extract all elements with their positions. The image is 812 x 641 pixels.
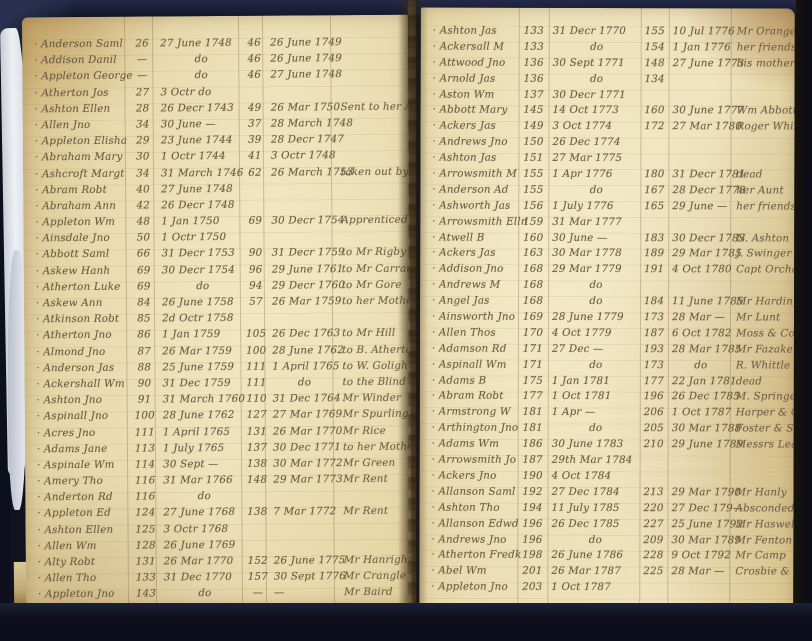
entry-admission-number: 88 bbox=[130, 362, 158, 372]
entry-name: Ainsdale Jno bbox=[35, 233, 129, 244]
entry-discharge-number: 111 bbox=[244, 361, 268, 371]
ledger-rows: Ashton Jas13331 Decr 177015510 Jul 1776M… bbox=[419, 26, 795, 621]
entry-discharge-number: 152 bbox=[246, 556, 270, 566]
entry-admission-date: 1 Octr 1750 bbox=[157, 232, 243, 243]
entry-admission-date: 4 Oct 1784 bbox=[548, 471, 640, 482]
entry-disposal-note: her Aunt bbox=[730, 185, 794, 195]
entry-disposal-note: M. Springer bbox=[730, 392, 795, 402]
entry-admission-date: 30 Sept — bbox=[159, 459, 245, 470]
entry-name: Abbott Mary bbox=[433, 105, 519, 116]
entry-admission-date: 1 July 1765 bbox=[159, 442, 245, 453]
entry-discharge-date: 26 June 1775 bbox=[270, 555, 338, 566]
entry-name: Ackers Jno bbox=[432, 470, 518, 481]
entry-name: Abram Robt bbox=[35, 184, 129, 195]
entry-admission-date: 1 Oct 1787 bbox=[547, 582, 639, 593]
entry-discharge-number: 210 bbox=[640, 439, 668, 449]
ledger-entry-row: Arnold Jas136do134 bbox=[421, 73, 795, 90]
entry-disposal-note: dead bbox=[730, 169, 794, 179]
entry-disposal-note: Mr Harding bbox=[730, 296, 795, 306]
entry-discharge-number: 228 bbox=[639, 550, 667, 560]
entry-admission-date: 14 Oct 1773 bbox=[549, 105, 641, 116]
entry-admission-date: 30 June 1783 bbox=[548, 439, 640, 450]
entry-name: Anderson Saml bbox=[34, 39, 128, 50]
entry-admission-date: 28 June 1762 bbox=[159, 410, 245, 421]
entry-discharge-date: 28 Mar — bbox=[668, 312, 730, 322]
entry-discharge-date: 26 Dec 1785 bbox=[668, 392, 730, 402]
entry-discharge-date: 28 Mar — bbox=[667, 566, 729, 576]
entry-admission-date: 1 Jan 1759 bbox=[158, 329, 244, 340]
entry-admission-number: 137 bbox=[519, 89, 549, 99]
entry-admission-date: 30 Sept 1771 bbox=[549, 58, 641, 69]
entry-admission-number: 203 bbox=[517, 582, 547, 592]
entry-name: Andrews Jno bbox=[431, 534, 517, 545]
entry-admission-date: 27 Dec — bbox=[548, 344, 640, 355]
entry-discharge-number: — bbox=[246, 588, 270, 598]
entry-discharge-number: 39 bbox=[243, 135, 267, 145]
book-gutter-edge bbox=[408, 0, 416, 641]
entry-discharge-date: 27 Dec 179— bbox=[667, 503, 729, 513]
entry-admission-date: 2d Octr 1758 bbox=[158, 313, 244, 324]
entry-discharge-date: 28 Mar 1785 bbox=[668, 344, 730, 354]
entry-name: Arrowsmith Elln bbox=[432, 216, 518, 227]
entry-discharge-number: 131 bbox=[245, 426, 269, 436]
entry-admission-number: 187 bbox=[518, 455, 548, 465]
entry-disposal-note: Crosbie & Co bbox=[729, 567, 794, 578]
entry-admission-number: 69 bbox=[130, 281, 158, 291]
entry-admission-number: 87 bbox=[130, 346, 158, 356]
entry-discharge-date: 28 Decr 1747 bbox=[267, 134, 335, 145]
entry-admission-date: 26 Decr 1748 bbox=[157, 200, 243, 211]
entry-discharge-number: 127 bbox=[245, 410, 269, 420]
entry-discharge-number: 167 bbox=[640, 185, 668, 195]
entry-disposal-note: Mr Orange bbox=[731, 26, 795, 36]
entry-discharge-number: 137 bbox=[245, 442, 269, 452]
entry-disposal-note: N. Ashton bbox=[730, 233, 794, 243]
entry-admission-date: 25 June 1759 bbox=[158, 362, 244, 373]
entry-discharge-date: 27 Mar 1769 bbox=[269, 409, 337, 420]
ledger-entry-row: Ashton Tho19411 July 178522027 Dec 179—A… bbox=[419, 502, 793, 519]
entry-admission-number: 181 bbox=[518, 407, 548, 417]
entry-admission-number: 40 bbox=[129, 184, 157, 194]
entry-admission-number: 66 bbox=[130, 249, 158, 259]
entry-name: Appleton Jno bbox=[38, 589, 132, 600]
entry-admission-date: 3 Oct 1774 bbox=[548, 121, 640, 132]
ledger-entry-row: Appleton Jno2031 Oct 1787 bbox=[419, 582, 793, 599]
entry-discharge-number: 157 bbox=[246, 572, 270, 582]
entry-discharge-number: 206 bbox=[640, 407, 668, 417]
entry-admission-date: 29th Mar 1784 bbox=[548, 455, 640, 466]
entry-discharge-date: 31 Dec 1764 bbox=[269, 393, 337, 404]
entry-disposal-note: Foster & Son bbox=[730, 424, 795, 434]
entry-disposal-note: Moss & Co bbox=[730, 328, 795, 338]
entry-disposal-note: R. Whittle bbox=[730, 360, 794, 370]
entry-discharge-date: 28 Decr 1778 bbox=[668, 185, 730, 195]
entry-disposal-note: Messrs Leak bbox=[730, 439, 795, 449]
entry-name: Ashton Ellen bbox=[37, 524, 131, 535]
entry-name: Atherton Jno bbox=[36, 330, 130, 341]
entry-admission-number: 149 bbox=[518, 121, 548, 131]
entry-discharge-number: 155 bbox=[641, 26, 669, 36]
entry-admission-date: 31 March 1746 bbox=[157, 167, 243, 178]
entry-admission-date: 4 Oct 1779 bbox=[548, 328, 640, 339]
entry-admission-number: 198 bbox=[517, 550, 547, 560]
entry-name: Atherton Luke bbox=[36, 281, 130, 292]
entry-admission-date: 1 Jan 1750 bbox=[157, 216, 243, 227]
entry-name: Acres Jno bbox=[37, 427, 131, 438]
entry-admission-date: 26 Mar 1787 bbox=[547, 566, 639, 577]
entry-discharge-date: 28 June 1762 bbox=[268, 345, 336, 356]
entry-name: Adams B bbox=[432, 375, 518, 386]
entry-discharge-number: 148 bbox=[245, 475, 269, 485]
entry-admission-date: 26 Mar 1770 bbox=[160, 556, 246, 567]
entry-name: Allen Thos bbox=[432, 327, 518, 338]
entry-disposal-note: Capt Orchan bbox=[730, 265, 795, 275]
entry-discharge-date: 30 Dec 1771 bbox=[269, 442, 337, 453]
entry-admission-number: 186 bbox=[518, 439, 548, 449]
entry-disposal-note: Harper & Co bbox=[730, 408, 795, 418]
entry-admission-number: 151 bbox=[518, 153, 548, 163]
entry-name: Andrews Jno bbox=[432, 137, 518, 148]
entry-discharge-number: 46 bbox=[242, 38, 266, 48]
entry-admission-number: 111 bbox=[131, 427, 159, 437]
entry-discharge-date: do bbox=[668, 360, 730, 370]
entry-admission-number: 177 bbox=[518, 391, 548, 401]
entry-admission-number: 29 bbox=[129, 136, 157, 146]
entry-admission-number: 136 bbox=[519, 58, 549, 68]
entry-discharge-number: 191 bbox=[640, 264, 668, 274]
entry-admission-date: 31 Decr 1770 bbox=[549, 26, 641, 37]
entry-discharge-date: 30 Decr 1783 bbox=[668, 233, 730, 243]
entry-discharge-number: 148 bbox=[641, 58, 669, 68]
entry-discharge-number: 196 bbox=[640, 392, 668, 402]
entry-discharge-number: 184 bbox=[640, 296, 668, 306]
entry-name: Ackersall M bbox=[433, 41, 519, 52]
entry-name: Attwood Jno bbox=[433, 57, 519, 68]
entry-discharge-date: 1 Oct 1787 bbox=[668, 408, 730, 418]
entry-discharge-date: 26 Mar 1759 bbox=[268, 296, 336, 307]
entry-admission-number: 42 bbox=[129, 200, 157, 210]
entry-admission-number: 30 bbox=[129, 152, 157, 162]
entry-admission-number: 168 bbox=[518, 296, 548, 306]
entry-admission-date: 11 July 1785 bbox=[547, 503, 639, 514]
entry-discharge-date: 30 Mar 1772 bbox=[269, 458, 337, 469]
entry-disposal-note: her friends bbox=[730, 201, 795, 211]
entry-name: Askew Hanh bbox=[36, 265, 130, 276]
entry-admission-number: 143 bbox=[132, 589, 160, 599]
entry-admission-date: 31 Mar 1766 bbox=[159, 475, 245, 486]
entry-admission-date: do bbox=[547, 534, 639, 545]
book-cover-bottom bbox=[0, 603, 812, 641]
entry-name: Armstrong W bbox=[432, 407, 518, 418]
entry-admission-number: 48 bbox=[129, 216, 157, 226]
entry-name: Appleton Ed bbox=[37, 508, 131, 519]
ledger-right-page: Ashton Jas13331 Decr 177015510 Jul 1776M… bbox=[419, 8, 795, 631]
entry-admission-date: 31 Dec 1770 bbox=[160, 572, 246, 583]
entry-admission-number: 85 bbox=[130, 314, 158, 324]
entry-admission-date: 1 July 1776 bbox=[548, 201, 640, 212]
entry-admission-number: 192 bbox=[518, 487, 548, 497]
entry-disposal-note: Mr Fenton bbox=[729, 535, 793, 545]
entry-admission-number: 133 bbox=[132, 573, 160, 583]
entry-admission-number: 159 bbox=[518, 216, 548, 226]
entry-admission-number: — bbox=[128, 55, 156, 65]
entry-discharge-date: 27 June 1748 bbox=[266, 70, 334, 81]
entry-discharge-date: 26 June 1749 bbox=[266, 37, 334, 48]
entry-admission-number: 163 bbox=[518, 248, 548, 258]
entry-admission-date: 29 Mar 1779 bbox=[548, 264, 640, 275]
ledger-entry-row: Ashworth Jas1561 July 177616529 June —he… bbox=[420, 200, 794, 217]
entry-discharge-number: 37 bbox=[243, 119, 267, 129]
entry-discharge-number: 227 bbox=[639, 519, 667, 529]
entry-admission-number: 168 bbox=[518, 280, 548, 290]
entry-admission-date: 27 Dec 1784 bbox=[548, 487, 640, 498]
entry-discharge-date: 4 Oct 1780 bbox=[668, 265, 730, 275]
entry-admission-number: 156 bbox=[518, 201, 548, 211]
entry-name: Allanson Saml bbox=[432, 486, 518, 497]
entry-disposal-note: Wm Abbott bbox=[731, 106, 795, 116]
entry-admission-date: 30 Mar 1778 bbox=[548, 248, 640, 259]
entry-discharge-number: 225 bbox=[639, 566, 667, 576]
entry-name: Ackers Jas bbox=[432, 248, 518, 259]
entry-admission-number: — bbox=[128, 71, 156, 81]
entry-name: Allen Wm bbox=[38, 540, 132, 551]
entry-discharge-date: 26 March 1753 bbox=[267, 167, 335, 178]
entry-admission-date: 31 March 1760 bbox=[159, 394, 245, 405]
entry-admission-date: 3 Octr 1768 bbox=[159, 523, 245, 534]
entry-name: Addison Danil bbox=[34, 55, 128, 66]
entry-admission-date: 30 Decr 1771 bbox=[549, 89, 641, 100]
entry-discharge-number: 49 bbox=[243, 102, 267, 112]
entry-admission-date: 1 Apr — bbox=[548, 407, 640, 418]
entry-discharge-date: 3 Octr 1748 bbox=[267, 150, 335, 161]
entry-admission-number: 86 bbox=[130, 330, 158, 340]
entry-admission-date: 26 Decr 1743 bbox=[157, 103, 243, 114]
entry-discharge-number: 138 bbox=[245, 459, 269, 469]
entry-admission-date: do bbox=[548, 280, 640, 291]
entry-discharge-date: 29 June — bbox=[668, 201, 730, 211]
entry-name: Anderton Rd bbox=[37, 492, 131, 503]
entry-name: Appleton Elisha bbox=[35, 136, 129, 147]
entry-name: Ashworth Jas bbox=[432, 200, 518, 211]
entry-discharge-number: 57 bbox=[244, 297, 268, 307]
entry-admission-date: 26 June 1769 bbox=[160, 540, 246, 551]
ledger-entry-row: Adamson Rd17127 Dec —19328 Mar 1785Mr Fa… bbox=[420, 343, 794, 360]
entry-admission-number: 194 bbox=[517, 502, 547, 512]
entry-discharge-number: 209 bbox=[639, 535, 667, 545]
entry-name: Ashton Jas bbox=[433, 26, 519, 37]
entry-admission-date: 26 Mar 1759 bbox=[158, 345, 244, 356]
entry-admission-number: 196 bbox=[517, 534, 547, 544]
entry-discharge-number: 96 bbox=[244, 264, 268, 274]
entry-discharge-date: 26 Mar 1770 bbox=[269, 426, 337, 437]
entry-discharge-number: 62 bbox=[243, 167, 267, 177]
entry-admission-date: do bbox=[548, 423, 640, 434]
entry-discharge-date: 1 April 1765 bbox=[268, 361, 336, 372]
entry-name: Anderson Jas bbox=[36, 362, 130, 373]
entry-name: Angel Jas bbox=[432, 296, 518, 307]
entry-admission-number: 26 bbox=[128, 38, 156, 48]
entry-admission-number: 128 bbox=[132, 540, 160, 550]
entry-admission-number: 171 bbox=[518, 344, 548, 354]
entry-admission-number: 131 bbox=[132, 556, 160, 566]
entry-discharge-number: 165 bbox=[640, 201, 668, 211]
entry-disposal-note: dead bbox=[730, 376, 794, 386]
ledger-entry-row: Attwood Jno13630 Sept 177114827 June 177… bbox=[421, 57, 795, 74]
entry-discharge-date: 28 March 1748 bbox=[267, 118, 335, 129]
entry-discharge-number: 110 bbox=[245, 394, 269, 404]
entry-admission-number: 170 bbox=[518, 328, 548, 338]
entry-discharge-number: 94 bbox=[244, 280, 268, 290]
entry-admission-date: 27 June 1748 bbox=[157, 184, 243, 195]
entry-discharge-number: 183 bbox=[640, 233, 668, 243]
entry-discharge-number: 220 bbox=[639, 503, 667, 513]
entry-name: Abraham Mary bbox=[35, 152, 129, 163]
entry-name: Appleton Jno bbox=[431, 582, 517, 593]
entry-admission-number: 169 bbox=[518, 312, 548, 322]
entry-discharge-date: 30 Mar 1788 bbox=[668, 423, 730, 433]
entry-name: Ashton Ellen bbox=[35, 103, 129, 114]
entry-discharge-number: 193 bbox=[640, 344, 668, 354]
entry-discharge-date: 29 June 1761 bbox=[268, 264, 336, 275]
entry-discharge-date: 30 Decr 1754 bbox=[267, 215, 335, 226]
entry-discharge-number: 90 bbox=[244, 248, 268, 258]
entry-admission-date: do bbox=[160, 588, 246, 599]
entry-name: Andrews M bbox=[432, 280, 518, 291]
entry-discharge-number: 105 bbox=[244, 329, 268, 339]
entry-discharge-date: 29 Mar 1785 bbox=[668, 249, 730, 259]
entry-discharge-date: 27 June 1773 bbox=[669, 58, 731, 68]
entry-name: Ashton Jas bbox=[432, 153, 518, 164]
entry-admission-date: 23 June 1744 bbox=[157, 135, 243, 146]
entry-disposal-note: Mr Lunt bbox=[730, 312, 794, 322]
ledger-left-page: Anderson Saml2627 June 17484626 June 174… bbox=[22, 15, 412, 608]
entry-admission-number: 190 bbox=[518, 471, 548, 481]
entry-discharge-number: 173 bbox=[640, 360, 668, 370]
entry-admission-number: 168 bbox=[518, 264, 548, 274]
entry-name: Aspinall Wm bbox=[432, 359, 518, 370]
entry-discharge-number: 205 bbox=[640, 423, 668, 433]
entry-name: Addison Jno bbox=[432, 264, 518, 275]
entry-disposal-note: Mr Haswel bbox=[729, 519, 794, 529]
entry-name: Arthington Jno bbox=[432, 423, 518, 434]
entry-discharge-date: 29 Mar 1790 bbox=[668, 487, 730, 497]
entry-discharge-number: 134 bbox=[641, 74, 669, 84]
entry-name: Anderson Ad bbox=[432, 184, 518, 195]
entry-name: Ashton Tho bbox=[431, 502, 517, 513]
entry-name: Atkinson Robt bbox=[36, 314, 130, 325]
entry-name: Aspinall Jno bbox=[37, 411, 131, 422]
entry-name: Allen Tho bbox=[38, 573, 132, 584]
entry-disposal-note: his mother bbox=[731, 58, 795, 68]
entry-name: Ackers Jas bbox=[432, 121, 518, 132]
entry-admission-date: do bbox=[158, 281, 244, 292]
entry-admission-date: 1 Apr 1776 bbox=[548, 169, 640, 180]
entry-admission-date: 27 Mar 1775 bbox=[548, 153, 640, 164]
entry-admission-number: 100 bbox=[131, 411, 159, 421]
entry-admission-date: 1 Oct 1781 bbox=[548, 391, 640, 402]
entry-disposal-note: Mr Camp bbox=[729, 551, 793, 561]
entry-disposal-note: her friends bbox=[731, 42, 795, 52]
ledger-entry-row: Allanson Edwd19626 Dec 178522725 June 17… bbox=[419, 518, 793, 535]
entry-discharge-date: 22 Jan 1781 bbox=[668, 376, 730, 386]
entry-admission-number: 150 bbox=[518, 137, 548, 147]
entry-admission-number: 113 bbox=[131, 443, 159, 453]
entry-admission-date: do bbox=[548, 296, 640, 307]
entry-name: Amery Tho bbox=[37, 476, 131, 487]
entry-admission-number: 136 bbox=[519, 73, 549, 83]
entry-admission-date: 28 June 1779 bbox=[548, 312, 640, 323]
entry-name: Atwell B bbox=[432, 232, 518, 243]
entry-discharge-number: 189 bbox=[640, 249, 668, 259]
entry-name: Ashton Jno bbox=[37, 395, 131, 406]
entry-admission-number: 116 bbox=[131, 475, 159, 485]
entry-admission-date: 26 June 1786 bbox=[547, 550, 639, 561]
entry-name: Arrowsmith Jo bbox=[432, 455, 518, 466]
entry-admission-number: 27 bbox=[128, 87, 156, 97]
entry-admission-number: 34 bbox=[129, 119, 157, 129]
entry-admission-date: 31 Decr 1753 bbox=[158, 248, 244, 259]
entry-discharge-date: 29 Mar 1773 bbox=[269, 474, 337, 485]
entry-admission-date: do bbox=[156, 70, 242, 81]
entry-disposal-note: Mr Hanly bbox=[730, 487, 794, 497]
ledger-rows: Anderson Saml2627 June 17484626 June 174… bbox=[22, 37, 412, 600]
entry-discharge-date: 29 Decr 1760 bbox=[268, 280, 336, 291]
entry-admission-date: 1 Octr 1744 bbox=[157, 151, 243, 162]
entry-admission-date: 26 Dec 1785 bbox=[547, 518, 639, 529]
entry-name: Appleton Wm bbox=[35, 217, 129, 228]
entry-admission-number: 175 bbox=[518, 375, 548, 385]
entry-discharge-date: 30 Mar 1789 bbox=[667, 535, 729, 545]
entry-discharge-number: 41 bbox=[243, 151, 267, 161]
entry-admission-number: 124 bbox=[131, 508, 159, 518]
entry-name: Askew Ann bbox=[36, 298, 130, 309]
entry-admission-date: 26 June 1758 bbox=[158, 297, 244, 308]
ledger-photo: Anderson Saml2627 June 17484626 June 174… bbox=[0, 0, 812, 641]
entry-discharge-date: 30 June 1777 bbox=[669, 106, 731, 116]
entry-name: Abraham Ann bbox=[35, 200, 129, 211]
entry-admission-number: 69 bbox=[130, 265, 158, 275]
entry-discharge-number: 46 bbox=[242, 54, 266, 64]
entry-name: Ashcroft Margt bbox=[35, 168, 129, 179]
entry-admission-number: 28 bbox=[129, 103, 157, 113]
entry-admission-number: 171 bbox=[518, 359, 548, 369]
entry-admission-number: 160 bbox=[518, 232, 548, 242]
entry-admission-number: 114 bbox=[131, 459, 159, 469]
entry-discharge-number: 180 bbox=[640, 169, 668, 179]
entry-discharge-number: 154 bbox=[641, 42, 669, 52]
entry-name: Adamson Rd bbox=[432, 343, 518, 354]
entry-admission-number: 181 bbox=[518, 423, 548, 433]
entry-admission-date: 30 June — bbox=[157, 119, 243, 130]
entry-admission-number: 50 bbox=[129, 233, 157, 243]
entry-admission-date: do bbox=[548, 185, 640, 196]
entry-admission-date: do bbox=[549, 74, 641, 85]
entry-admission-date: 31 Mar 1777 bbox=[548, 217, 640, 228]
entry-discharge-date: 11 June 1785 bbox=[668, 296, 730, 306]
entry-admission-date: do bbox=[159, 491, 245, 502]
entry-discharge-date: 26 Mar 1750 bbox=[267, 102, 335, 113]
entry-name: Abbott Saml bbox=[36, 249, 130, 260]
entry-admission-number: 133 bbox=[519, 26, 549, 36]
entry-admission-number: 91 bbox=[131, 395, 159, 405]
entry-name: Abram Robt bbox=[432, 391, 518, 402]
entry-admission-date: 3 Octr do bbox=[156, 86, 242, 97]
entry-disposal-note: Mr Fazakerly bbox=[730, 344, 795, 355]
entry-admission-date: 27 June 1748 bbox=[156, 38, 242, 49]
entry-discharge-date: 10 Jul 1776 bbox=[669, 26, 731, 36]
entry-discharge-date: 30 Sept 1776 bbox=[270, 571, 338, 582]
entry-name: Alty Robt bbox=[38, 557, 132, 568]
